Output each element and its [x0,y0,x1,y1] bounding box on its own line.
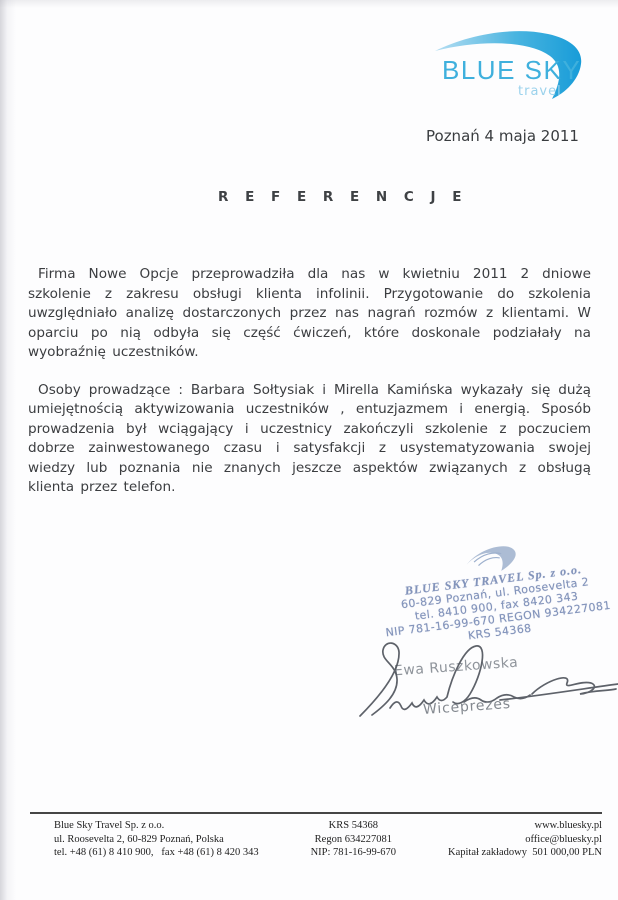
footer-line: Regon 634227081 [311,833,396,847]
footer-capital: Kapitał zakładowy 501 000,00 PLN [448,846,602,860]
letter-body: Firma Nowe Opcje przeprowadziła dla nas … [28,265,591,516]
footer-line: KRS 54368 [311,819,396,833]
footer-divider [30,812,602,814]
footer-line: NIP: 781-16-99-670 [311,846,396,860]
date-line: Poznań 4 maja 2011 [426,127,579,145]
footer-company-block: Blue Sky Travel Sp. z o.o. ul. Roosevelt… [30,819,259,860]
logo-title: BLUE SKY [442,55,581,86]
blue-sky-travel-logo: BLUE SKY travel [430,27,588,109]
footer-line: ul. Roosevelta 2, 60-829 Poznań, Polska [54,833,259,847]
footer-registry-block: KRS 54368 Regon 634227081 NIP: 781-16-99… [311,819,396,860]
footer-line: Blue Sky Travel Sp. z o.o. [54,819,259,833]
scan-edge-shadow [0,0,16,900]
footer-line: tel. +48 (61) 8 410 900, fax +48 (61) 8 … [54,846,259,860]
footer-contact-block: www.bluesky.pl office@bluesky.pl Kapitał… [448,819,602,860]
scan-top-shadow [0,0,618,8]
footer-email: office@bluesky.pl [448,833,602,847]
paragraph-1: Firma Nowe Opcje przeprowadziła dla nas … [28,265,591,363]
logo-subtitle: travel [518,84,562,99]
footer: Blue Sky Travel Sp. z o.o. ul. Roosevelt… [30,819,602,860]
footer-website: www.bluesky.pl [448,819,602,833]
company-stamp: BLUE SKY TRAVEL Sp. z o.o. 60-829 Poznań… [368,530,618,653]
scanned-reference-letter: BLUE SKY travel Poznań 4 maja 2011 R E F… [0,0,618,900]
paragraph-2: Osoby prowadzące : Barbara Sołtysiak i M… [28,381,591,498]
document-title: R E F E R E N C J E [218,189,467,205]
